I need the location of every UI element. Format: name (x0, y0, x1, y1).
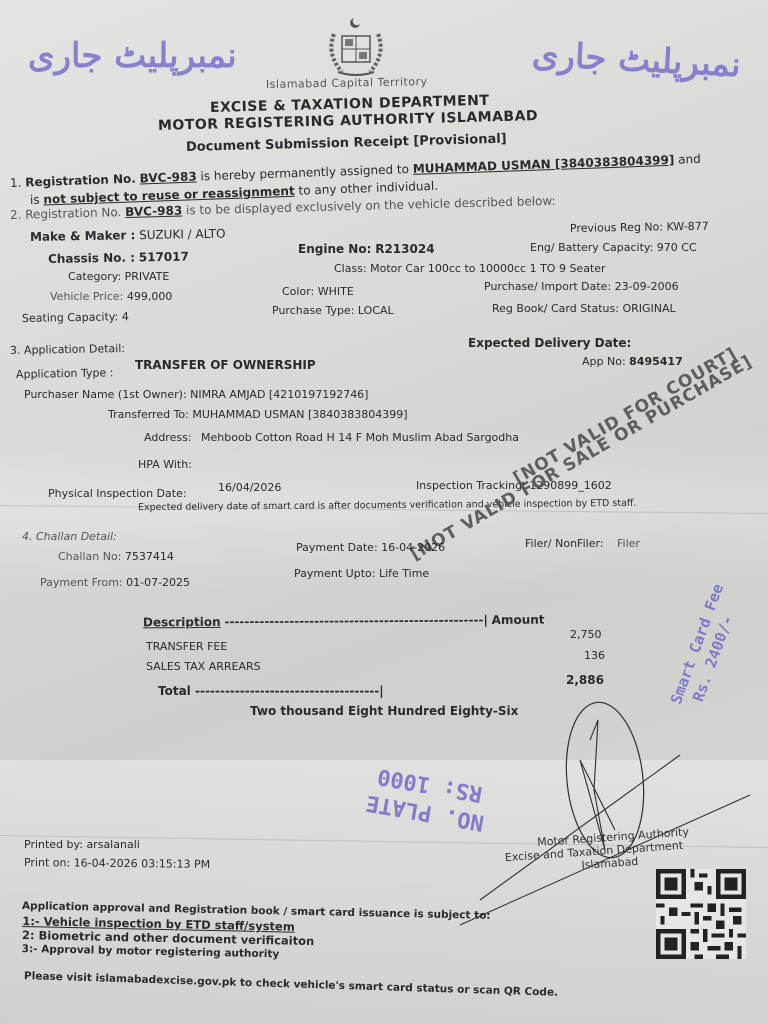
purchaser-value: NIMRA AMJAD [4210197192746] (190, 388, 368, 401)
total-value: 2,886 (566, 673, 604, 687)
inspection-date-label: Physical Inspection Date: (48, 487, 187, 500)
reg-label: Registration No. (25, 172, 136, 190)
print-on: Print on: 16-04-2026 03:15:13 PM (24, 856, 210, 871)
challan-field: Challan No: 7537414 (58, 550, 174, 563)
is-text: is (30, 193, 40, 207)
vehicle-class: Class: Motor Car 100cc to 10000cc 1 TO 9… (334, 262, 606, 275)
engine-capacity: Eng/ Battery Capacity: 970 CC (530, 241, 697, 254)
payment-date-label: Payment Date: (296, 541, 378, 554)
receipt-title: Document Submission Receipt [Provisional… (186, 132, 507, 155)
engine-value: R213024 (375, 242, 434, 256)
description-header: Description (143, 615, 221, 630)
chassis-label: Chassis No. : (48, 250, 135, 266)
chassis-field: Chassis No. : 517017 (48, 250, 189, 266)
territory-label: Islamabad Capital Territory (266, 75, 428, 91)
section-number: 2. (10, 208, 22, 222)
fee-amount: 2,750 (570, 628, 602, 641)
reg-label: Registration No. (25, 205, 121, 222)
total-label: Total (158, 684, 191, 698)
fee-row: SALES TAX ARREARS (146, 660, 261, 673)
chassis-value: 517017 (139, 250, 189, 265)
fee-row: TRANSFER FEE (146, 640, 227, 653)
expected-delivery-label: Expected Delivery Date: (468, 336, 631, 350)
section-number: 1. (10, 176, 22, 190)
transferred-field: Transferred To: MUHAMMAD USMAN [38403838… (108, 408, 408, 421)
payment-from-value: 01-07-2025 (126, 576, 190, 589)
address-value: Mehboob Cotton Road H 14 F Moh Muslim Ab… (201, 431, 519, 444)
individual-text: to any other individual. (298, 179, 438, 198)
section-4-title: 4. Challan Detail: (22, 530, 117, 543)
total-in-words: Two thousand Eight Hundred Eighty-Six (250, 704, 518, 718)
make-label: Make & Maker : (30, 228, 136, 244)
category: Category: PRIVATE (68, 270, 169, 283)
fee-amount: 136 (584, 649, 605, 662)
hpa-label: HPA With: (138, 458, 192, 471)
urdu-stamp-left: نمبرپلیٹ جاری (28, 36, 237, 76)
fees-header: Description ----------------------------… (143, 613, 545, 630)
fee-description: SALES TAX ARREARS (146, 660, 261, 673)
filer-field: Filer/ NonFiler: Filer (525, 537, 640, 550)
payment-from-field: Payment From: 01-07-2025 (40, 576, 190, 589)
purchaser-field: Purchaser Name (1st Owner): NIMRA AMJAD … (24, 388, 368, 401)
make-field: Make & Maker : SUZUKI / ALTO (30, 227, 226, 244)
qr-code-icon[interactable] (656, 868, 746, 960)
state-emblem-icon (320, 14, 392, 80)
make-value: SUZUKI / ALTO (139, 227, 226, 243)
transferred-value: MUHAMMAD USMAN [3840383804399] (192, 408, 407, 421)
purchase-date: Purchase/ Import Date: 23-09-2006 (484, 280, 679, 293)
price-label: Vehicle Price: (50, 290, 123, 303)
smart-card-fee-stamp: Smart Card Fee Rs. 2400/- (666, 581, 747, 713)
and-text: and (678, 152, 701, 167)
address-label: Address: (144, 431, 192, 444)
challan-label: Challan No: (58, 550, 121, 563)
owner-name: MUHAMMAD USMAN [3840383804399] (413, 153, 675, 176)
fee-description: TRANSFER FEE (146, 640, 227, 653)
address-field: Address: Mehboob Cotton Road H 14 F Moh … (144, 431, 519, 444)
price-field: Vehicle Price: 499,000 (50, 290, 172, 303)
payment-from-label: Payment From: (40, 576, 123, 589)
total-dashes: -------------------------------------| (195, 684, 384, 698)
inspection-date-value: 16/04/2026 (218, 481, 281, 494)
vehicle-color: Color: WHITE (282, 285, 354, 298)
payment-upto-label: Payment Upto: (294, 567, 375, 580)
card-status: Reg Book/ Card Status: ORIGINAL (492, 302, 676, 315)
total-row: Total ----------------------------------… (158, 684, 384, 698)
app-no-label: App No: (582, 355, 626, 368)
app-type-value: TRANSFER OF OWNERSHIP (135, 358, 316, 372)
transferred-label: Transferred To: (108, 408, 189, 421)
app-no-field: App No: 8495417 (582, 355, 683, 368)
payment-upto-field: Payment Upto: Life Time (294, 567, 429, 580)
header-dashes: ----------------------------------------… (224, 613, 487, 629)
engine-field: Engine No: R213024 (298, 242, 435, 256)
price-value: 499,000 (127, 290, 173, 303)
seating-capacity: Seating Capacity: 4 (22, 310, 129, 325)
conditions-list: 1:- Vehicle inspection by ETD staff/syst… (22, 914, 315, 962)
app-no-value: 8495417 (629, 355, 683, 368)
previous-reg: Previous Reg No: KW-877 (570, 220, 709, 235)
section-3-title: 3. Application Detail: (10, 342, 125, 357)
printed-by: Printed by: arsalanali (24, 838, 140, 851)
reg-number: BVC-983 (125, 203, 182, 218)
payment-upto-value: Life Time (379, 567, 429, 580)
receipt-paper: نمبرپلیٹ جاری نمبرپلیٹ جاری Islamabad Ca… (0, 0, 768, 1024)
app-type-label: Application Type : (16, 366, 114, 381)
reg-number: BVC-983 (139, 169, 197, 185)
filer-label: Filer/ NonFiler: (525, 537, 604, 550)
purchaser-label: Purchaser Name (1st Owner): (24, 388, 187, 401)
payment-date-value: 16-04-2026 (381, 541, 445, 554)
payment-date-field: Payment Date: 16-04-2026 (296, 541, 445, 554)
purchase-type: Purchase Type: LOCAL (272, 304, 394, 317)
engine-label: Engine No: (298, 242, 371, 256)
challan-value: 7537414 (125, 550, 174, 563)
amount-header: Amount (492, 613, 545, 627)
filer-value: Filer (617, 537, 640, 550)
urdu-stamp-right: نمبرپلیٹ جاری (531, 35, 742, 86)
